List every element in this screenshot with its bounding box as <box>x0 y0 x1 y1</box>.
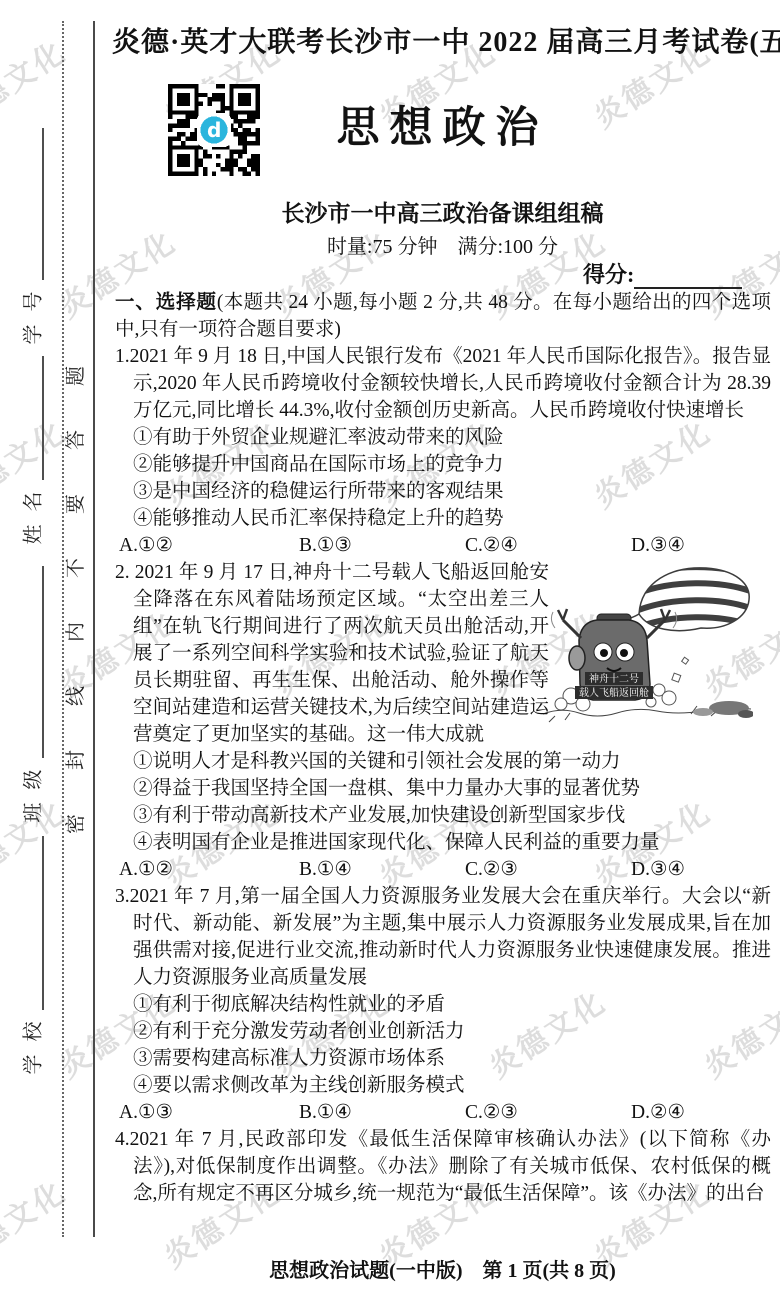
option-c: C.②③ <box>465 856 631 883</box>
statement-item: ①有助于外贸企业规避汇率波动带来的风险 <box>133 424 771 451</box>
question-stem: 3.2021 年 7 月,第一届全国人力资源服务业发展大会在重庆举行。大会以“新… <box>133 883 771 991</box>
field-label-char: 姓 <box>17 525 50 545</box>
field-label-char: 班 <box>17 803 50 823</box>
option-a: A.①② <box>119 532 299 559</box>
statement-item: ④要以需求侧改革为主线创新服务模式 <box>133 1072 771 1099</box>
field-label-char: 名 <box>17 492 50 512</box>
question-1: 1.2021 年 9 月 18 日,中国人民银行发布《2021 年人民币国际化报… <box>115 343 771 559</box>
exam-series-title: 炎德·英才大联考长沙市一中 2022 届高三月考试卷(五) <box>112 20 770 60</box>
page-footer: 思想政治试题(一中版) 第 1 页(共 8 页) <box>115 1254 770 1283</box>
option-c: C.②③ <box>465 1099 631 1126</box>
fill-in-blank-line <box>42 836 44 1010</box>
question-number: 1. <box>115 346 130 367</box>
svg-text:载人飞船返回舱: 载人飞船返回舱 <box>579 686 649 699</box>
fill-in-blank-line <box>42 128 44 280</box>
field-label-char: 校 <box>17 1022 50 1042</box>
field-label-char: 级 <box>17 770 50 790</box>
svg-text:神舟十二号: 神舟十二号 <box>589 672 639 685</box>
question-3: 3.2021 年 7 月,第一届全国人力资源服务业发展大会在重庆举行。大会以“新… <box>115 883 771 1126</box>
question-number: 4. <box>115 1129 130 1150</box>
duration-score-line: 时量:75 分钟 满分:100 分 <box>115 230 770 259</box>
parachute-icon <box>619 567 753 632</box>
seal-char: 线 <box>66 686 86 706</box>
student-field: 名姓 <box>20 356 47 551</box>
margin-solid-line <box>93 21 95 1237</box>
option-c: C.②④ <box>465 532 631 559</box>
seal-warning-text: 题答要不内线封密 <box>63 366 89 834</box>
score-line: 得分: <box>583 258 742 289</box>
exam-paper-page: 炎德文化炎德文化炎德文化炎德文化炎德文化炎德文化炎德文化炎德文化炎德文化炎德文化… <box>0 0 780 1298</box>
statement-item: ④能够推动人民币汇率保持稳定上升的趋势 <box>133 505 771 532</box>
seal-char: 密 <box>66 814 86 834</box>
question-4: 4.2021 年 7 月,民政部印发《最低生活保障审核确认办法》(以下简称《办法… <box>115 1126 771 1207</box>
statement-item: ③是中国经济的稳健运行所带来的客观结果 <box>133 478 771 505</box>
bushes <box>693 701 753 718</box>
statement-item: ③需要构建高标准人力资源市场体系 <box>133 1045 771 1072</box>
section-heading: 一、选择题(本题共 24 小题,每小题 2 分,共 48 分。在每小题给出的四个… <box>115 289 771 343</box>
statement-item: ②能够提升中国商品在国际市场上的竞争力 <box>133 451 771 478</box>
question-stem: 1.2021 年 9 月 18 日,中国人民银行发布《2021 年人民币国际化报… <box>133 343 771 424</box>
student-field: 级班 <box>20 566 47 829</box>
option-b: B.①③ <box>299 532 465 559</box>
question-stem: 神舟十二号 载人飞船返回舱 2. 2021 <box>133 559 771 748</box>
field-label-char: 号 <box>17 292 50 312</box>
student-field: 校学 <box>20 836 47 1081</box>
answer-options: A.①② B.①④ C.②③ D.③④ <box>119 856 771 883</box>
fill-in-blank-line <box>42 356 44 480</box>
option-d: D.③④ <box>631 856 771 883</box>
seal-char: 不 <box>66 558 86 578</box>
field-label-char: 学 <box>17 1055 50 1075</box>
seal-char: 要 <box>66 494 86 514</box>
seal-char: 题 <box>66 366 86 386</box>
option-d: D.②④ <box>631 1099 771 1126</box>
student-field: 号学 <box>20 128 47 351</box>
statement-item: ③有利于带动高新技术产业发展,加快建设创新型国家步伐 <box>133 802 771 829</box>
questions-area: 一、选择题(本题共 24 小题,每小题 2 分,共 48 分。在每小题给出的四个… <box>115 289 771 1207</box>
section-title: 一、选择题 <box>115 292 217 313</box>
field-label-char: 学 <box>17 325 50 345</box>
statement-item: ②得益于我国坚持全国一盘棋、集中力量办大事的显著优势 <box>133 775 771 802</box>
option-a: A.①③ <box>119 1099 299 1126</box>
statement-item: ①有利于彻底解决结构性就业的矛盾 <box>133 991 771 1018</box>
option-b: B.①④ <box>299 1099 465 1126</box>
statement-item: ②有利于充分激发劳动者创业创新活力 <box>133 1018 771 1045</box>
fill-in-blank-line <box>42 566 44 758</box>
option-d: D.③④ <box>631 532 771 559</box>
seal-char: 封 <box>66 750 86 770</box>
statement-item: ④表明国有企业是推进国家现代化、保障人民利益的重要力量 <box>133 829 771 856</box>
seal-char: 内 <box>66 622 86 642</box>
answer-options: A.①② B.①③ C.②④ D.③④ <box>119 532 771 559</box>
option-b: B.①④ <box>299 856 465 883</box>
answer-options: A.①③ B.①④ C.②③ D.②④ <box>119 1099 771 1126</box>
question-2: 神舟十二号 载人飞船返回舱 2. 2021 <box>115 559 771 883</box>
shenzhou-capsule-illustration: 神舟十二号 载人飞船返回舱 <box>559 562 771 732</box>
seal-char: 答 <box>66 430 86 450</box>
score-blank-field <box>634 263 742 289</box>
question-number: 2. <box>115 562 135 583</box>
statement-item: ①说明人才是科教兴国的关键和引领社会发展的第一动力 <box>133 748 771 775</box>
question-number: 3. <box>115 886 130 907</box>
option-a: A.①② <box>119 856 299 883</box>
subject-title: 思想政治 <box>115 94 770 155</box>
prep-team-line: 长沙市一中高三政治备课组组稿 <box>115 195 770 228</box>
score-label: 得分: <box>583 262 634 287</box>
question-stem: 4.2021 年 7 月,民政部印发《最低生活保障审核确认办法》(以下简称《办法… <box>133 1126 771 1207</box>
